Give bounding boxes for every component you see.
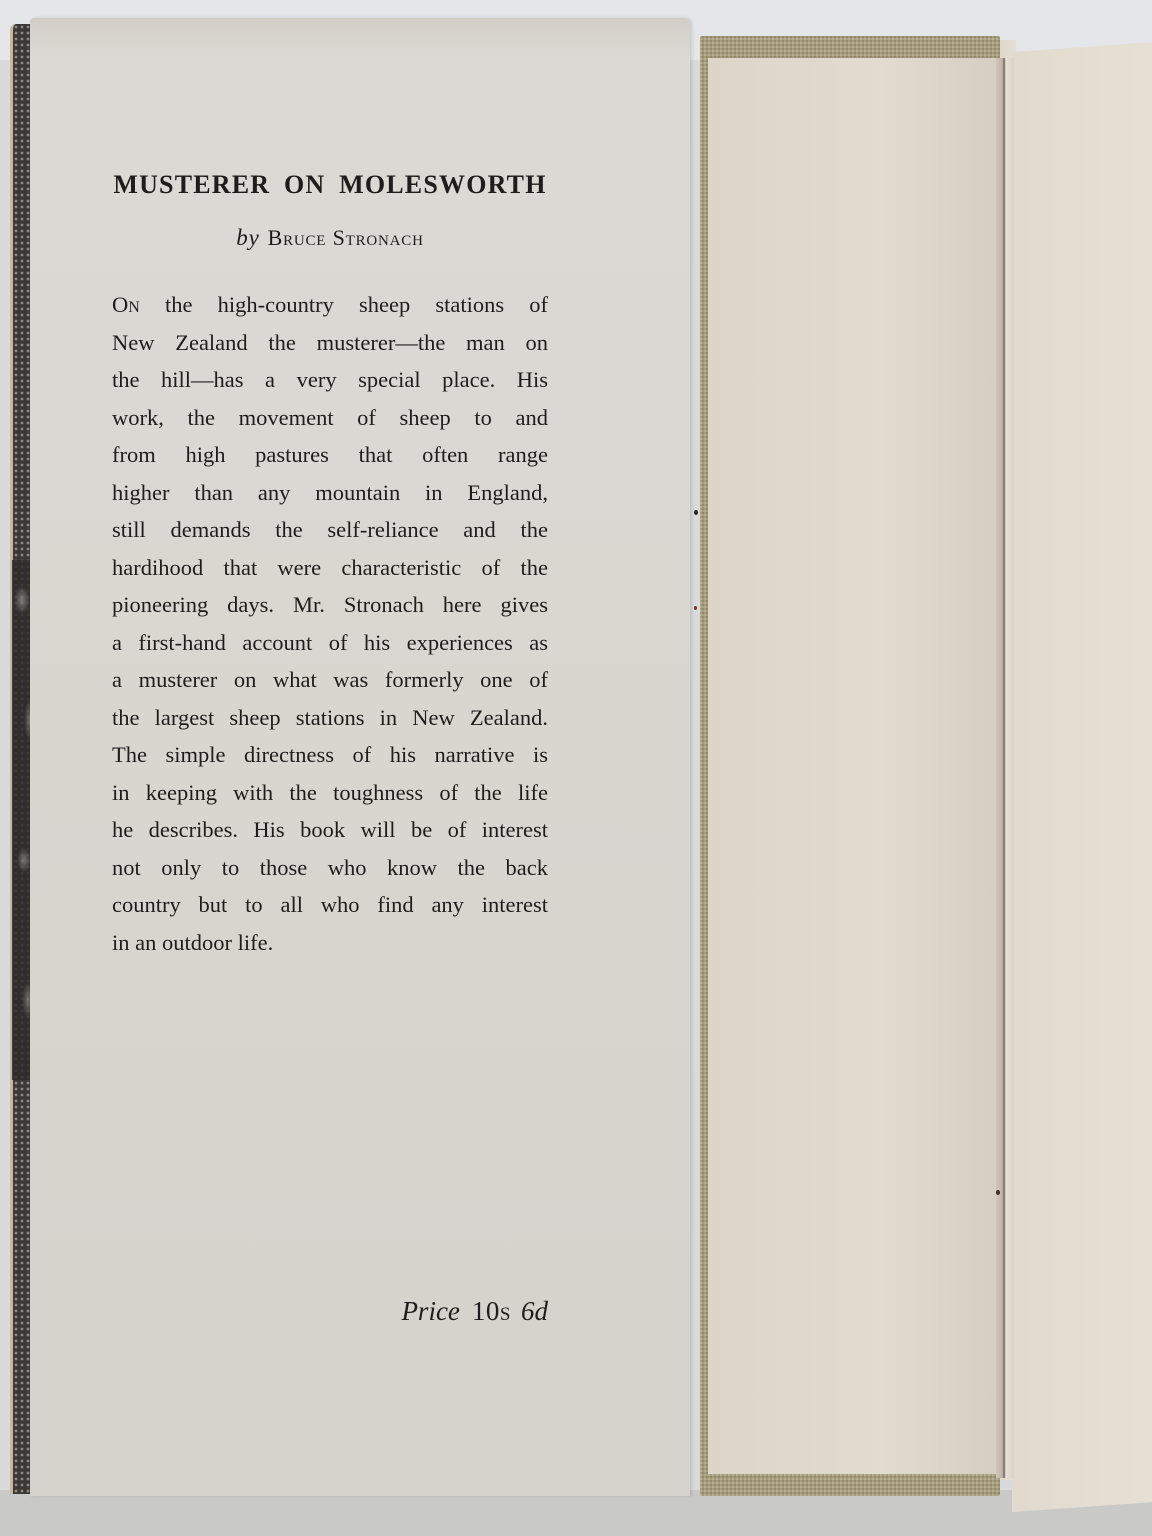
blurb-opening-word: On [112,292,140,317]
flap-text-block: MUSTERER ON MOLESWORTH byBruce Stronach … [112,160,548,961]
blurb-line: pioneering days. Mr. Stronach here gives [112,586,548,624]
blurb-line: On the high-country sheep stations of [112,286,548,324]
blurb-line: in keeping with the toughness of the lif… [112,774,548,812]
price-label: Price10s6d [376,1296,548,1327]
blurb: On the high-country sheep stations of Ne… [112,286,548,961]
foxing-spot [694,510,698,515]
blurb-line: the largest sheep stations in New Zealan… [112,699,548,737]
blurb-line: country but to all who find any interest [112,886,548,924]
price-pence: 6d [521,1296,548,1326]
price-word: Price [401,1296,459,1326]
blurb-line: in an outdoor life. [112,924,548,962]
blurb-line: work, the movement of sheep to and [112,399,548,437]
foxing-spot [996,1190,1000,1195]
blurb-line: from high pastures that often range [112,436,548,474]
blurb-line: New Zealand the musterer—the man on [112,324,548,362]
endpaper [708,58,998,1474]
facing-page [1012,41,1152,1512]
blurb-line: he describes. His book will be of intere… [112,811,548,849]
flap-worn-edge [30,18,690,58]
blurb-line: The simple directness of his narrative i… [112,736,548,774]
blurb-line: higher than any mountain in England, [112,474,548,512]
byline-prefix: by [236,225,259,250]
foxing-spot [694,606,697,610]
blurb-line: the hill—has a very special place. His [112,361,548,399]
blurb-line: a musterer on what was formerly one of [112,661,548,699]
book-title: MUSTERER ON MOLESWORTH [112,160,548,210]
gutter-hinge [996,58,1014,1478]
blurb-line: not only to those who know the back [112,849,548,887]
blurb-line: still demands the self-reliance and the [112,511,548,549]
author-name: Bruce Stronach [268,225,424,250]
background-surface [0,1490,1152,1536]
byline: byBruce Stronach [112,210,548,266]
blurb-line: hardihood that were characteristic of th… [112,549,548,587]
blurb-line: a first-hand account of his experiences … [112,624,548,662]
price-shillings: 10s [472,1296,511,1326]
